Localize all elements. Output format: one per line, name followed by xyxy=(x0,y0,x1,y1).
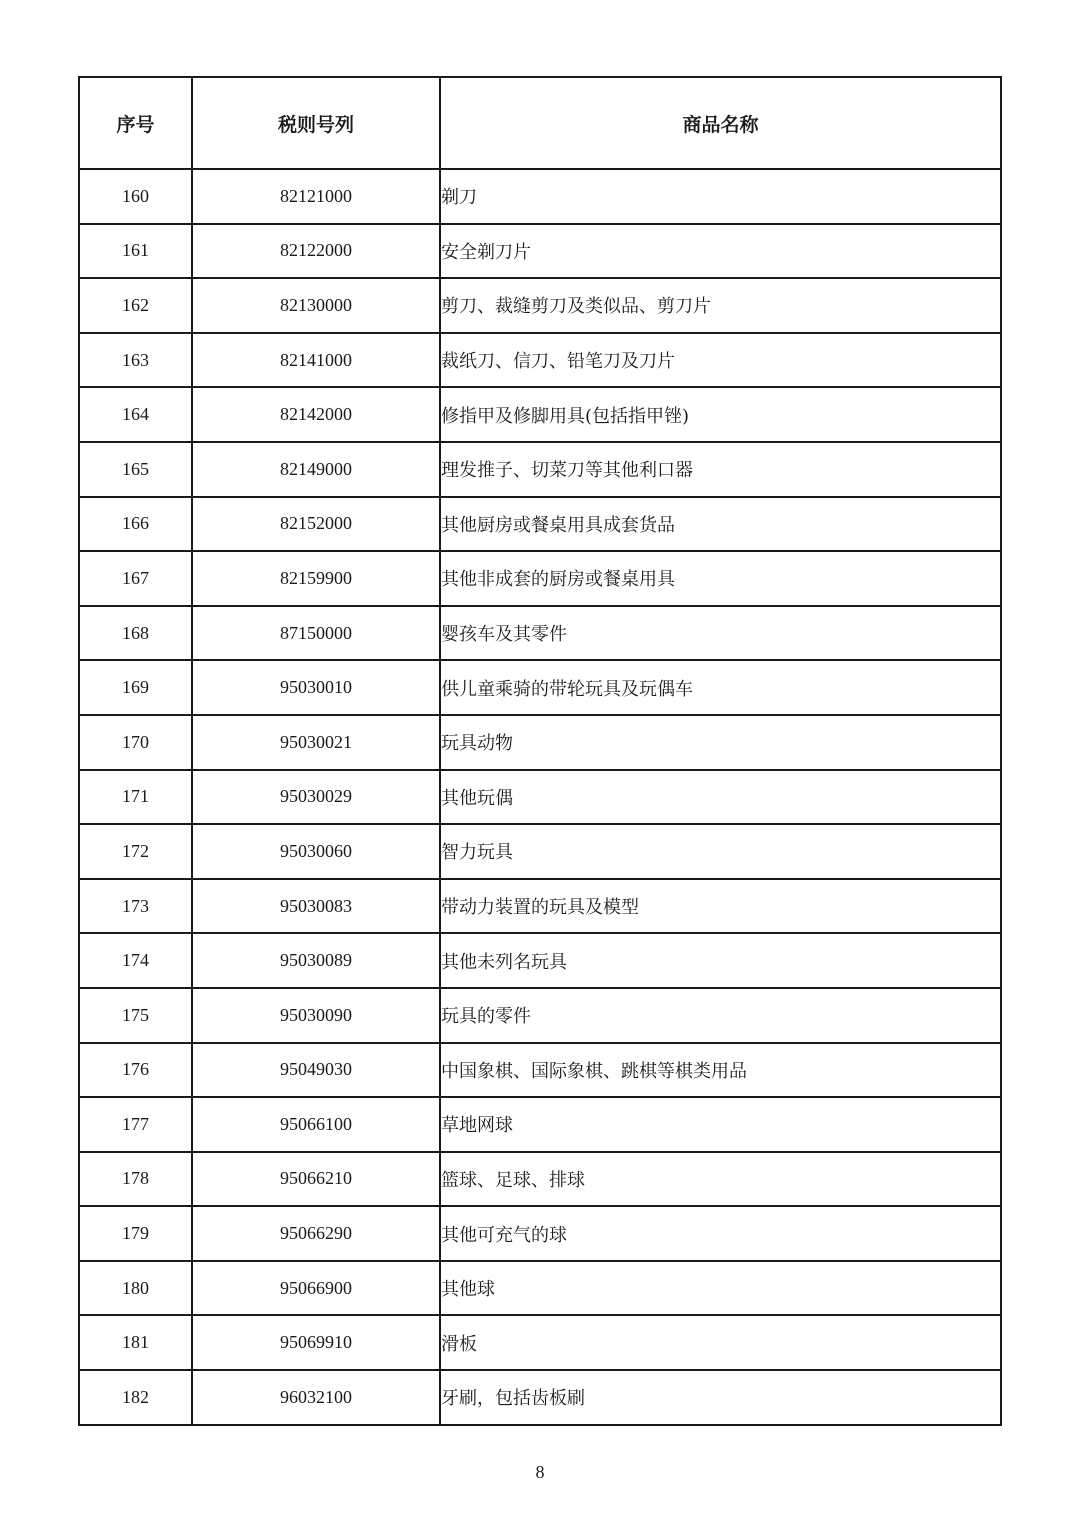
cell-product-name: 其他未列名玩具 xyxy=(440,933,1001,988)
page-number: 8 xyxy=(0,1462,1080,1483)
table-row: 16887150000婴孩车及其零件 xyxy=(79,606,1001,661)
cell-tariff-code: 95030089 xyxy=(192,933,440,988)
cell-product-name: 婴孩车及其零件 xyxy=(440,606,1001,661)
cell-seq: 182 xyxy=(79,1370,192,1425)
cell-seq: 175 xyxy=(79,988,192,1043)
table-row: 16382141000裁纸刀、信刀、铅笔刀及刀片 xyxy=(79,333,1001,388)
tariff-table: 序号 税则号列 商品名称 16082121000剃刀 16182122000安全… xyxy=(78,76,1002,1426)
cell-tariff-code: 82159900 xyxy=(192,551,440,606)
cell-tariff-code: 82142000 xyxy=(192,387,440,442)
table-row: 17795066100草地网球 xyxy=(79,1097,1001,1152)
cell-product-name: 理发推子、切菜刀等其他利口器 xyxy=(440,442,1001,497)
cell-product-name: 供儿童乘骑的带轮玩具及玩偶车 xyxy=(440,660,1001,715)
table-row: 17995066290其他可充气的球 xyxy=(79,1206,1001,1261)
cell-product-name: 剪刀、裁缝剪刀及类似品、剪刀片 xyxy=(440,278,1001,333)
cell-seq: 161 xyxy=(79,224,192,279)
table-row: 17495030089其他未列名玩具 xyxy=(79,933,1001,988)
cell-product-name: 滑板 xyxy=(440,1315,1001,1370)
table-row: 16082121000剃刀 xyxy=(79,169,1001,224)
cell-tariff-code: 96032100 xyxy=(192,1370,440,1425)
table-row: 18296032100牙刷，包括齿板刷 xyxy=(79,1370,1001,1425)
document-page: 序号 税则号列 商品名称 16082121000剃刀 16182122000安全… xyxy=(0,0,1080,1528)
cell-seq: 176 xyxy=(79,1043,192,1098)
cell-tariff-code: 82141000 xyxy=(192,333,440,388)
cell-tariff-code: 82152000 xyxy=(192,497,440,552)
cell-seq: 165 xyxy=(79,442,192,497)
header-product-name: 商品名称 xyxy=(440,77,1001,169)
cell-seq: 168 xyxy=(79,606,192,661)
table-row: 17895066210篮球、足球、排球 xyxy=(79,1152,1001,1207)
cell-seq: 179 xyxy=(79,1206,192,1261)
table-row: 18095066900其他球 xyxy=(79,1261,1001,1316)
header-row: 序号 税则号列 商品名称 xyxy=(79,77,1001,169)
cell-seq: 172 xyxy=(79,824,192,879)
cell-product-name: 玩具动物 xyxy=(440,715,1001,770)
cell-seq: 162 xyxy=(79,278,192,333)
cell-product-name: 剃刀 xyxy=(440,169,1001,224)
cell-seq: 166 xyxy=(79,497,192,552)
cell-tariff-code: 95066210 xyxy=(192,1152,440,1207)
cell-seq: 171 xyxy=(79,770,192,825)
cell-tariff-code: 87150000 xyxy=(192,606,440,661)
table-row: 17395030083带动力装置的玩具及模型 xyxy=(79,879,1001,934)
cell-product-name: 其他可充气的球 xyxy=(440,1206,1001,1261)
cell-product-name: 裁纸刀、信刀、铅笔刀及刀片 xyxy=(440,333,1001,388)
table-header: 序号 税则号列 商品名称 xyxy=(79,77,1001,169)
table-row: 16995030010供儿童乘骑的带轮玩具及玩偶车 xyxy=(79,660,1001,715)
cell-product-name: 中国象棋、国际象棋、跳棋等棋类用品 xyxy=(440,1043,1001,1098)
cell-product-name: 智力玩具 xyxy=(440,824,1001,879)
cell-seq: 173 xyxy=(79,879,192,934)
cell-seq: 178 xyxy=(79,1152,192,1207)
cell-tariff-code: 82149000 xyxy=(192,442,440,497)
header-seq: 序号 xyxy=(79,77,192,169)
cell-tariff-code: 95030010 xyxy=(192,660,440,715)
table-row: 17295030060智力玩具 xyxy=(79,824,1001,879)
cell-seq: 177 xyxy=(79,1097,192,1152)
table-row: 16682152000其他厨房或餐桌用具成套货品 xyxy=(79,497,1001,552)
table-row: 17595030090玩具的零件 xyxy=(79,988,1001,1043)
header-tariff-code: 税则号列 xyxy=(192,77,440,169)
cell-tariff-code: 82122000 xyxy=(192,224,440,279)
cell-seq: 174 xyxy=(79,933,192,988)
cell-product-name: 篮球、足球、排球 xyxy=(440,1152,1001,1207)
cell-tariff-code: 95030021 xyxy=(192,715,440,770)
table-row: 16282130000剪刀、裁缝剪刀及类似品、剪刀片 xyxy=(79,278,1001,333)
cell-tariff-code: 95030083 xyxy=(192,879,440,934)
cell-product-name: 安全剃刀片 xyxy=(440,224,1001,279)
cell-tariff-code: 95069910 xyxy=(192,1315,440,1370)
table-row: 16582149000理发推子、切菜刀等其他利口器 xyxy=(79,442,1001,497)
table-row: 17695049030中国象棋、国际象棋、跳棋等棋类用品 xyxy=(79,1043,1001,1098)
table-row: 16782159900其他非成套的厨房或餐桌用具 xyxy=(79,551,1001,606)
cell-tariff-code: 95066100 xyxy=(192,1097,440,1152)
cell-product-name: 牙刷，包括齿板刷 xyxy=(440,1370,1001,1425)
cell-product-name: 玩具的零件 xyxy=(440,988,1001,1043)
table-row: 18195069910滑板 xyxy=(79,1315,1001,1370)
cell-tariff-code: 95030060 xyxy=(192,824,440,879)
cell-product-name: 其他非成套的厨房或餐桌用具 xyxy=(440,551,1001,606)
cell-product-name: 修指甲及修脚用具(包括指甲锉) xyxy=(440,387,1001,442)
table-row: 17095030021玩具动物 xyxy=(79,715,1001,770)
table-body: 16082121000剃刀 16182122000安全剃刀片 162821300… xyxy=(79,169,1001,1425)
cell-seq: 164 xyxy=(79,387,192,442)
table-row: 16482142000修指甲及修脚用具(包括指甲锉) xyxy=(79,387,1001,442)
cell-product-name: 草地网球 xyxy=(440,1097,1001,1152)
cell-seq: 170 xyxy=(79,715,192,770)
table-row: 17195030029其他玩偶 xyxy=(79,770,1001,825)
cell-tariff-code: 82130000 xyxy=(192,278,440,333)
cell-seq: 169 xyxy=(79,660,192,715)
cell-tariff-code: 82121000 xyxy=(192,169,440,224)
cell-seq: 181 xyxy=(79,1315,192,1370)
cell-tariff-code: 95066290 xyxy=(192,1206,440,1261)
cell-seq: 180 xyxy=(79,1261,192,1316)
cell-seq: 160 xyxy=(79,169,192,224)
cell-tariff-code: 95066900 xyxy=(192,1261,440,1316)
table-row: 16182122000安全剃刀片 xyxy=(79,224,1001,279)
cell-seq: 163 xyxy=(79,333,192,388)
cell-product-name: 其他厨房或餐桌用具成套货品 xyxy=(440,497,1001,552)
cell-seq: 167 xyxy=(79,551,192,606)
cell-product-name: 带动力装置的玩具及模型 xyxy=(440,879,1001,934)
cell-tariff-code: 95049030 xyxy=(192,1043,440,1098)
cell-tariff-code: 95030090 xyxy=(192,988,440,1043)
cell-tariff-code: 95030029 xyxy=(192,770,440,825)
cell-product-name: 其他玩偶 xyxy=(440,770,1001,825)
cell-product-name: 其他球 xyxy=(440,1261,1001,1316)
